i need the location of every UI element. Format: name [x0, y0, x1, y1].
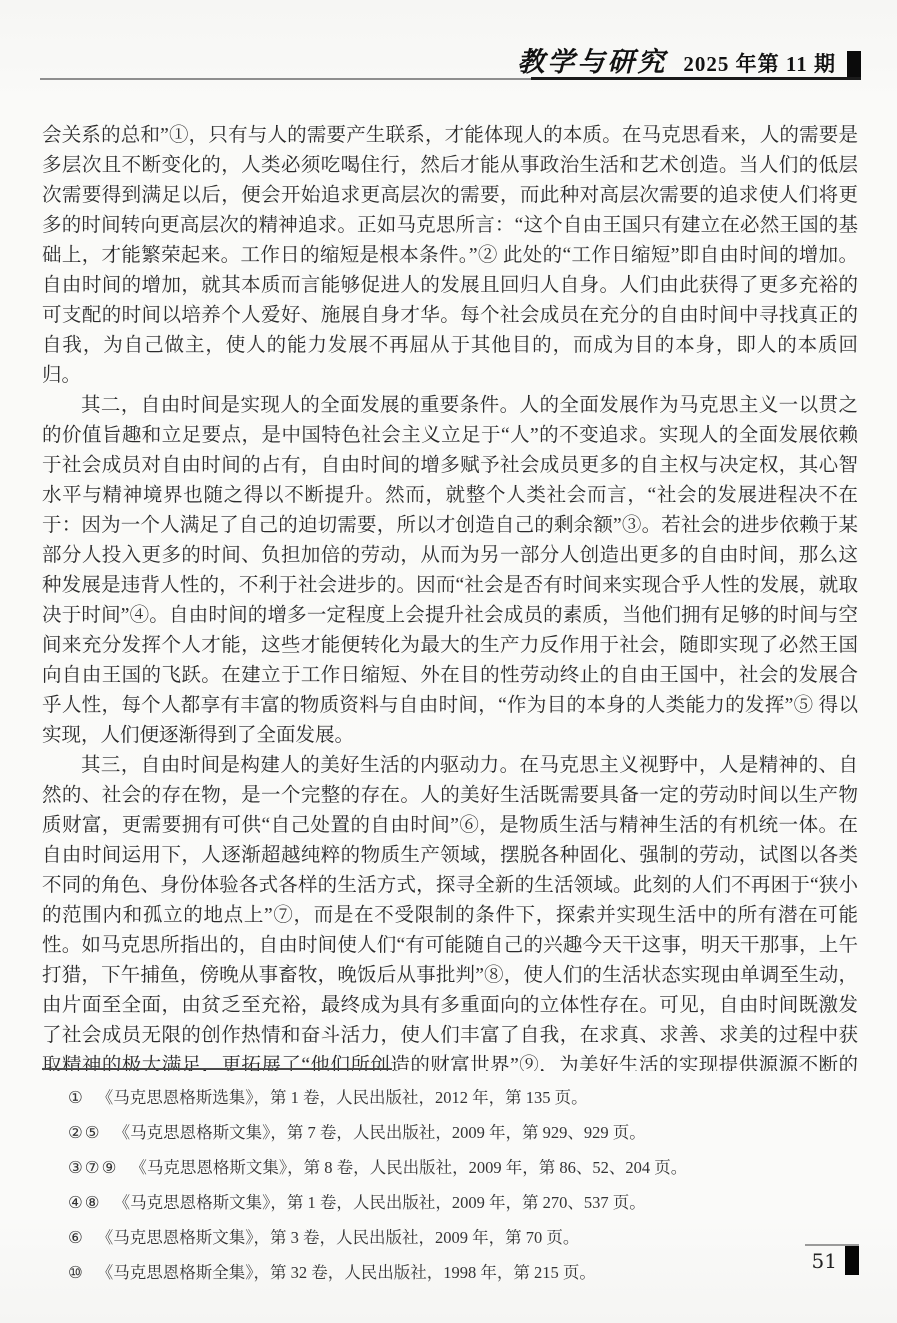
paragraph: 其二，自由时间是实现人的全面发展的重要条件。人的全面发展作为马克思主义一以贯之的…: [42, 391, 858, 751]
footnote-text: 《马克思恩格斯文集》，第 8 卷，人民出版社，2009 年，第 86、52、20…: [130, 1158, 687, 1177]
footnote-marker: ⑥: [68, 1228, 85, 1247]
footnote-marker: ④⑧: [68, 1193, 102, 1212]
footnote-text: 《马克思恩格斯全集》，第 32 卷，人民出版社，1998 年，第 215 页。: [97, 1263, 596, 1282]
footnote: ⑩《马克思恩格斯全集》，第 32 卷，人民出版社，1998 年，第 215 页。: [42, 1255, 858, 1290]
footnote-marker: ①: [68, 1088, 85, 1107]
page-number: 51: [812, 1246, 845, 1274]
header-rule-accent: [531, 77, 861, 80]
paragraph-continuation: 会关系的总和”①，只有与人的需要产生联系，才能体现人的本质。在马克思看来，人的需…: [42, 121, 858, 391]
footnotes-section: ①《马克思恩格斯选集》，第 1 卷，人民出版社，2012 年，第 135 页。 …: [42, 1068, 858, 1290]
footnote-text: 《马克思恩格斯选集》，第 1 卷，人民出版社，2012 年，第 135 页。: [97, 1088, 588, 1107]
page-footer: 51: [805, 1244, 859, 1275]
footnote: ⑥《马克思恩格斯文集》，第 3 卷，人民出版社，2009 年，第 70 页。: [42, 1220, 858, 1255]
footnote: ②⑤《马克思恩格斯文集》，第 7 卷，人民出版社，2009 年，第 929、92…: [42, 1115, 858, 1150]
footnote-text: 《马克思恩格斯文集》，第 1 卷，人民出版社，2009 年，第 270、537 …: [114, 1193, 646, 1212]
masthead: 教学与研究 2025 年第 11 期: [517, 48, 861, 78]
footnote: ④⑧《马克思恩格斯文集》，第 1 卷，人民出版社，2009 年，第 270、53…: [42, 1185, 858, 1220]
article-body: 会关系的总和”①，只有与人的需要产生联系，才能体现人的本质。在马克思看来，人的需…: [42, 121, 858, 1071]
footnote: ①《马克思恩格斯选集》，第 1 卷，人民出版社，2012 年，第 135 页。: [42, 1080, 858, 1115]
footer-corner-bar: [845, 1246, 859, 1275]
footer-row: 51: [805, 1246, 859, 1275]
footnote-text: 《马克思恩格斯文集》，第 7 卷，人民出版社，2009 年，第 929、929 …: [114, 1123, 646, 1142]
footnote: ③⑦⑨《马克思恩格斯文集》，第 8 卷，人民出版社，2009 年，第 86、52…: [42, 1150, 858, 1185]
footnote-marker: ⑩: [68, 1263, 85, 1282]
journal-title: 教学与研究: [517, 48, 667, 78]
footnote-separator: [42, 1068, 392, 1070]
header-corner-bar: [847, 51, 861, 78]
footnote-marker: ③⑦⑨: [68, 1158, 118, 1177]
footnote-text: 《马克思恩格斯文集》，第 3 卷，人民出版社，2009 年，第 70 页。: [97, 1228, 580, 1247]
issue-info: 2025 年第 11 期: [683, 50, 836, 78]
footnote-marker: ②⑤: [68, 1123, 102, 1142]
journal-page: 教学与研究 2025 年第 11 期 会关系的总和”①，只有与人的需要产生联系，…: [0, 0, 897, 1323]
paragraph: 其三，自由时间是构建人的美好生活的内驱动力。在马克思主义视野中，人是精神的、自然…: [42, 751, 858, 1071]
